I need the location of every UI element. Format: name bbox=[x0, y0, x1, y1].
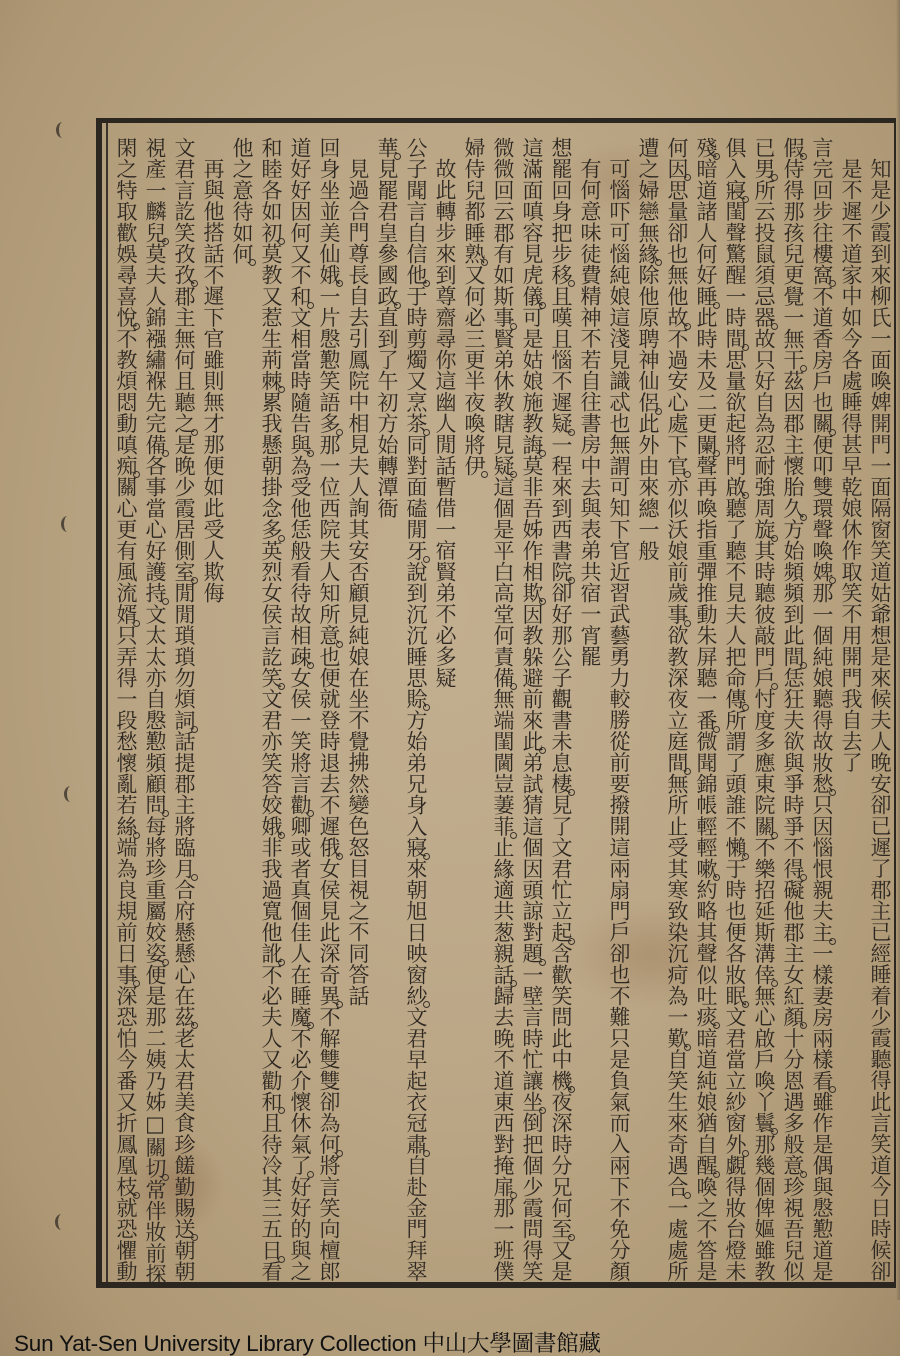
text-column: 俱入寢閨聲驚醒一時間思量欲起將門啟聽了聽不見夫人把命傳所謂了頭誰不懶于時也便各妝… bbox=[720, 137, 749, 1283]
text-column: 何因思量卻也無他故不過安心處下官亦似沃娘前歲事欲教深夜立庭間無所止受其寒致染沉疴… bbox=[662, 137, 691, 1283]
text-column: 殘暗道諸人何好睡此時未及二更闌聲再喚指重彈推動朱屏聽一番微聞錦帳輕輕嗽約略其聲似… bbox=[691, 137, 720, 1283]
text-column: 微微回云郡有如斯事賢弟休教瞎見疑這個是平白高堂何責備無端閨閫豈萋菲止緣適共葱親話… bbox=[488, 137, 517, 1283]
text-column: 婦侍兒都睡熟又何必三更半夜喚將伊 bbox=[459, 137, 488, 1283]
text-column: 公子聞言自信他于時剪燭又烹茶同對面磕閒牙說到沉沉睡思賒方始弟兄身入寢來朝旭日映窗… bbox=[401, 137, 430, 1283]
text-column: 道好好因何又不和文相當時隨告與為受他恁般看待故相疎女侯一笑將言勸卿或者真個佳人在… bbox=[285, 137, 314, 1283]
text-column: 已男所云投鼠須忌器故只好自為忍耐強周旋其時聽彼敲門戶忖度多應東院關不樂招延斯溝倖… bbox=[749, 137, 778, 1283]
text-column: 想罷回身把步移且嘆且惱不遲疑一程來到西書院卻好那公子觀書未息棲見了文君忙立起含歡… bbox=[546, 137, 575, 1283]
text-column: 言完回步往樓窩不道香房戶也關便叩雙環聲喚婢那一個純娘聽得故妝愁只因惱恨親夫主一樣… bbox=[807, 137, 836, 1283]
text-column: 知是少霞到來柳氏一面喚婢開門一面隔窗笑道姑爺想是來候夫人晚安卻已遲了郡主已經睡着… bbox=[865, 137, 894, 1283]
text-column: 可惱吓可惱純娘這淺見識忒也無謂可知下官近習武藝勇力較勝從前要撥開這兩扇門戶卻也不… bbox=[604, 137, 633, 1283]
text-column: 見過合門尊長自去引鳳院中相見夫人詢其安否顧見純娘在坐不覺拂然變色怒目視之不同答話 bbox=[343, 137, 372, 1283]
text-column: 有何意味徒費精神不若自往書房中去與表弟共宿一宵罷 bbox=[575, 137, 604, 1283]
text-column: 他之意待如何 bbox=[227, 137, 256, 1283]
text-column: 故此轉步來到尊齋尋你這幽人閒話暫借一宿賢弟不必多疑 bbox=[430, 137, 459, 1283]
text-column: 再與他搭話不遲下官雖則無才那便如此受人欺侮 bbox=[198, 137, 227, 1283]
text-column: 回身坐並美仙娥一片慇懃笑語多那一位西院夫人知所意也便就登時退去不遲俄女侯見此深奇… bbox=[314, 137, 343, 1283]
binding-hole-mark bbox=[61, 516, 74, 532]
text-column: 是不遲不道家中如今各處睡得甚早乾娘休作取笑不用開門我自去了 bbox=[836, 137, 865, 1283]
text-body: 知是少霞到來柳氏一面喚婢開門一面隔窗笑道姑爺想是來候夫人晚安卻已遲了郡主已經睡着… bbox=[111, 137, 894, 1287]
text-column: 假侍得那孩兒更覺一無干茲因郡主懷胎久方始頻頻到此間恁狂夫欲與爭時爭不得礙他郡主女… bbox=[778, 137, 807, 1283]
binding-hole-mark bbox=[55, 1214, 68, 1230]
binding-hole-mark bbox=[64, 786, 77, 802]
text-column: 閑之特取歡娛尋喜悅不教煩悶動嗔痴關心更有風流婿只弄得一段愁懷亂若絲端為良規前日事… bbox=[111, 137, 140, 1283]
text-frame: 知是少霞到來柳氏一面喚婢開門一面隔窗笑道姑爺想是來候夫人晚安卻已遲了郡主已經睡着… bbox=[96, 118, 896, 1288]
text-column: 和睦各如初莫教又惹生荊棘累我懸朝掛念多英烈女侯言訖笑文君亦笑答姣娥非我過寬他訛不… bbox=[256, 137, 285, 1283]
library-collection-caption: Sun Yat-Sen University Library Collectio… bbox=[14, 1326, 601, 1356]
text-column: 文君言訖笑孜孜郡主無何且聽之是晚少霞居側室閒閒瑣瑣勿煩詞話提郡主將臨月合府懸懸心… bbox=[169, 137, 198, 1283]
page-fold-edge bbox=[896, 0, 900, 1300]
text-column: 視產一麟兒莫夫人錦襁繡褓先完備各事當心好護持文太太亦自慇懃頻顧問每將珍重屬姣姿便… bbox=[140, 137, 169, 1283]
text-column: 華見罷君皇參國政直到了午初方始轉潭衙 bbox=[372, 137, 401, 1283]
text-column: 這滿面嗔容見虎儀可是姑娘施教誨莫非吾姊作相欺因教躲避前來此弟試猜這個因頭諒對題一… bbox=[517, 137, 546, 1283]
binding-hole-mark bbox=[56, 122, 69, 138]
text-column: 遭之婦戀無緣除他原聘神仙侶此外由來總一般 bbox=[633, 137, 662, 1283]
